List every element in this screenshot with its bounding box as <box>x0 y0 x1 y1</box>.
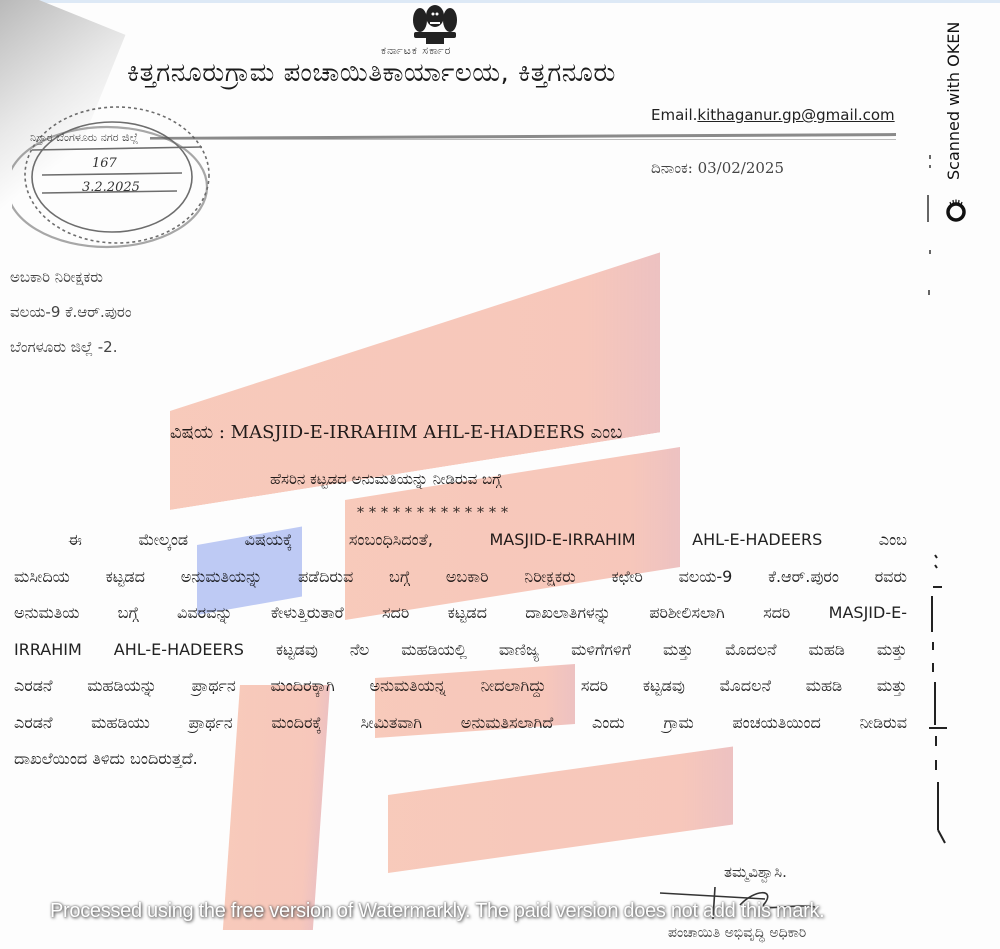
karnataka-emblem-icon <box>400 2 470 46</box>
recipient-line: ಬೆಂಗಳೂರು ಜಿಲ್ಲೆ -2. <box>10 330 132 365</box>
scan-margin-marks-top <box>920 150 940 310</box>
body-line: ದಾಖಲೆಯಿಂದ ತಿಳಿದು ಬಂದಿರುತ್ತದೆ. <box>14 741 907 778</box>
body-line: ಅನುಮತಿಯ ಬಗ್ಗೆ ವಿವರವನ್ನು ಕೇಳುತ್ತಿರುತಾರೆ ಸ… <box>14 595 907 632</box>
okenscanner-logo-icon <box>946 197 966 223</box>
body-line: ಮಸೀದಿಯ ಕಟ್ಟಡದ ಅನುಮತಿಯನ್ನು ಪಡೆದಿರುವ ಬಗ್ಗೆ… <box>14 559 907 596</box>
subject-text: MASJID-E-IRRAHIM AHL-E-HADEERS ಎಂಬ <box>231 422 623 443</box>
scan-margin-marks <box>925 550 955 850</box>
office-email: Email.kithaganur.gp@gmail.com <box>651 106 895 124</box>
recipient-line: ವಲಯ-9 ಕೆ.ಆರ್.ಪುರಂ <box>10 295 132 330</box>
watermarkly-notice: Processed using the free version of Wate… <box>50 900 824 923</box>
body-line: ಎರಡನೆ ಮಹಡಿಯು ಪ್ರಾರ್ಥನ ಮಂದಿರಕ್ಕೆ ಸೀಮಿತವಾಗ… <box>14 705 907 742</box>
date-label: ದಿನಾಂಕ: <box>651 159 693 177</box>
subject-line: ವಿಷಯ : MASJID-E-IRRAHIM AHL-E-HADEERS ಎಂ… <box>170 422 622 443</box>
subject-line-2: ಹೆಸರಿನ ಕಟ್ಟಡದ ಅನುಮತಿಯನ್ನು ನೀಡಿರುವ ಬಗ್ಗೆ <box>270 470 502 488</box>
closing-salutation: ತಮ್ಮವಿಶ್ವಾಸಿ. <box>724 863 787 881</box>
received-stamp-icon: ನಿಸ್ತಾರ ಬೆಂಗಳೂರು ನಗರ ಜಿಲ್ಲೆ 167 3.2.2025 <box>12 95 212 255</box>
stamp-number: 167 <box>92 156 118 171</box>
scanned-letter-page: ಕರ್ನಾಟಕ ಸರ್ಕಾರ ಕಿತ್ತಗನೂರುಗ್ರಾಮ ಪಂಚಾಯಿತಿಕ… <box>0 0 1000 949</box>
office-title: ಕಿತ್ತಗನೂರುಗ್ರಾಮ ಪಂಚಾಯಿತಿಕಾರ್ಯಾಲಯ, ಕಿತ್ತಗ… <box>127 58 616 89</box>
email-prefix: Email. <box>651 106 697 124</box>
recipient-line: ಅಬಕಾರಿ ನಿರೀಕ್ಷಕರು <box>10 260 132 295</box>
email-address[interactable]: kithaganur.gp@gmail.com <box>697 106 894 124</box>
body-line: ಎರಡನೆ ಮಹಡಿಯನ್ನು ಪ್ರಾರ್ಥನ ಮಂದಿರಕ್ಕಾಗಿ ಅನು… <box>14 668 907 705</box>
subject-label: ವಿಷಯ : <box>170 422 225 443</box>
subject-separator: ************* <box>357 505 513 521</box>
date-value: 03/02/2025 <box>698 159 784 177</box>
top-border <box>0 0 1000 3</box>
emblem-caption: ಕರ್ನಾಟಕ ಸರ್ಕಾರ <box>381 44 451 58</box>
stamp-top-text: ನಿಸ್ತಾರ ಬೆಂಗಳೂರು ನಗರ ಜಿಲ್ಲೆ <box>30 131 138 145</box>
stamp-date: 3.2.2025 <box>82 180 140 195</box>
body-line: ಈ ಮೇಲ್ಕಂಡ ವಿಷಯಕ್ಕೆ ಸಂಬಂಧಿಸಿದಂತೆ, MASJID-… <box>14 522 907 559</box>
header-rule-thin <box>150 139 896 140</box>
letter-date: ದಿನಾಂಕ: 03/02/2025 <box>651 159 784 177</box>
body-line: IRRAHIM AHL-E-HADEERS ಕಟ್ಟಡವು ನೆಲ ಮಹಡಿಯಲ… <box>14 632 907 669</box>
recipient-address: ಅಬಕಾರಿ ನಿರೀಕ್ಷಕರು ವಲಯ-9 ಕೆ.ಆರ್.ಪುರಂ ಬೆಂಗ… <box>10 260 132 365</box>
signatory-title: ಪಂಚಾಯಿತಿ ಅಭಿವೃದ್ಧಿ ಅಧಿಕಾರಿ <box>668 925 806 941</box>
scanner-badge-text: Scanned with OKEN <box>944 22 963 180</box>
letter-body: ಈ ಮೇಲ್ಕಂಡ ವಿಷಯಕ್ಕೆ ಸಂಬಂಧಿಸಿದಂತೆ, MASJID-… <box>14 522 907 778</box>
